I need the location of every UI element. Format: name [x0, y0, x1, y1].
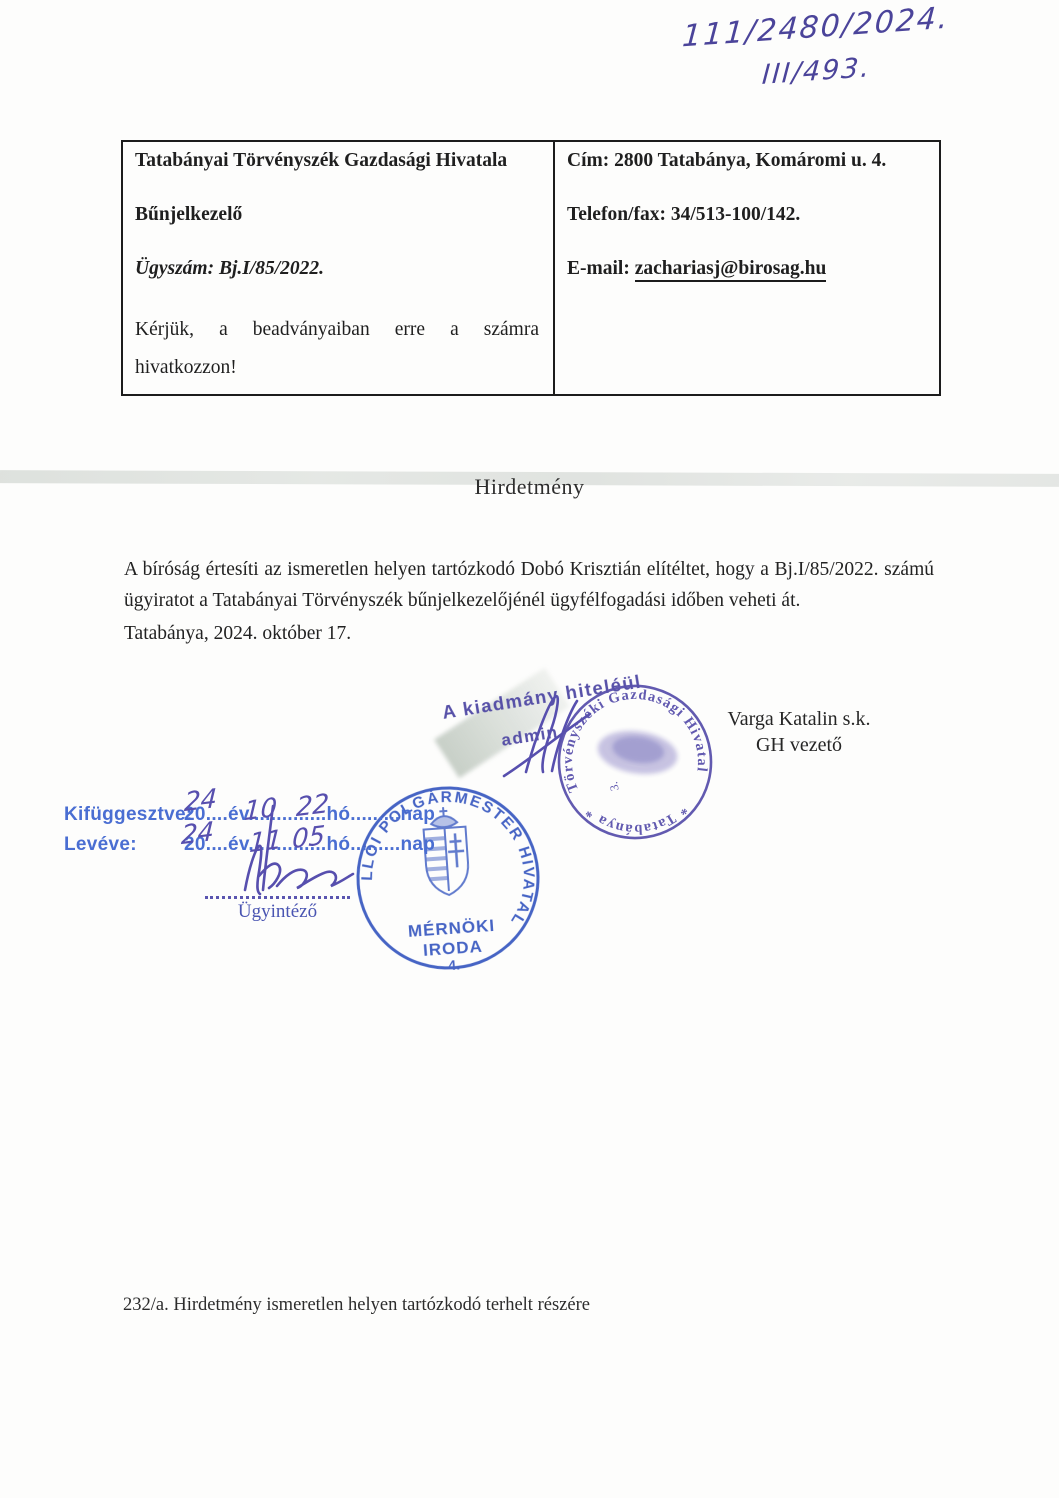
notice-body: A bíróság értesíti az ismeretlen helyen … [124, 554, 934, 616]
handwritten-posted-year: 24 [183, 784, 217, 818]
org-name: Tatabányai Törvényszék Gazdasági Hivatal… [135, 149, 539, 173]
reference-note: Kérjük, a beadványaiban erre a számra hi… [135, 311, 539, 387]
court-address: Cím: 2800 Tatabánya, Komáromi u. 4. [567, 149, 925, 173]
footer-note: 232/a. Hirdetmény ismeretlen helyen tart… [123, 1295, 590, 1316]
svg-text:* Tatabánya *: * Tatabánya * [579, 763, 692, 863]
case-number: Ügyszám: Bj.I/85/2022. [135, 257, 539, 281]
notice-title: Hirdetmény [0, 474, 1059, 500]
clerk-dotted-line [205, 896, 350, 899]
handwritten-removed-year: 24 [180, 817, 214, 851]
header-table: Tatabányai Törvényszék Gazdasági Hivatal… [121, 140, 941, 396]
clerk-signature-scribble [225, 800, 355, 900]
municipal-seal-office-line1: MÉRNÖKI [407, 916, 495, 941]
court-seal-ring-bottom-text: * Tatabánya * [579, 763, 692, 863]
court-email-line: E-mail: zachariasj@birosag.hu [567, 257, 925, 281]
handwritten-index-mark: III/493. [761, 52, 872, 91]
clerk-label: Ügyintéző [205, 901, 350, 923]
email-label: E-mail: [567, 258, 635, 279]
header-table-right-cell: Cím: 2800 Tatabánya, Komáromi u. 4. Tele… [555, 142, 939, 394]
handwritten-case-mark: 111/2480/2024. [681, 1, 951, 55]
posted-label: Kifüggesztve: [64, 804, 184, 826]
court-round-seal: Törvényszéki Gazdasági Hivatal * Tatabán… [545, 672, 725, 852]
date-line: Tatabánya, 2024. október 17. [124, 623, 351, 645]
court-seal-number: 3. [606, 780, 622, 792]
signature-block: Varga Katalin s.k. GH vezető [699, 706, 899, 758]
signer-title: GH vezető [699, 732, 899, 758]
court-phone-fax: Telefon/fax: 34/513-100/142. [567, 203, 925, 227]
removed-label: Levéve: [64, 834, 184, 856]
email-address: zachariasj@birosag.hu [635, 258, 827, 282]
scanned-court-notice-page: 111/2480/2024. III/493. Tatabányai Törvé… [0, 0, 1059, 1498]
signer-name: Varga Katalin s.k. [699, 706, 899, 732]
org-department: Bűnjelkezelő [135, 203, 539, 227]
header-table-left-cell: Tatabányai Törvényszék Gazdasági Hivatal… [123, 142, 555, 394]
municipal-seal-number: 4. [448, 956, 461, 973]
